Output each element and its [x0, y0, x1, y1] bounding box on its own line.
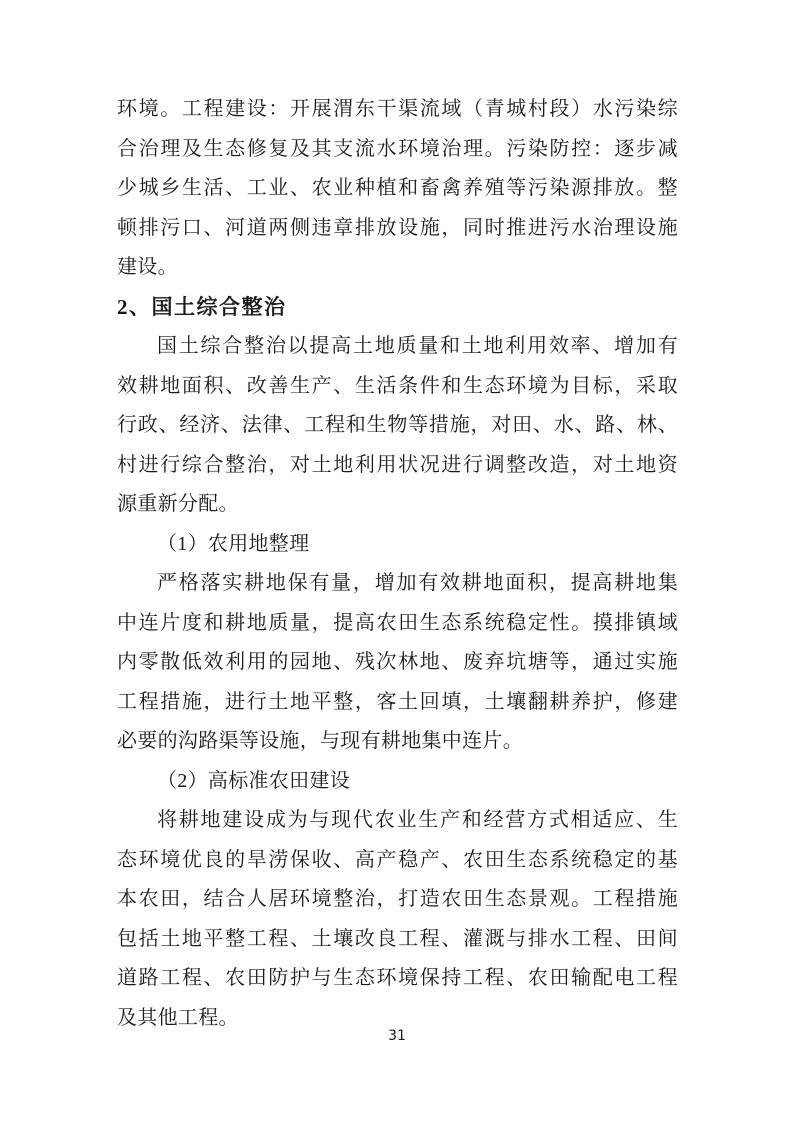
para-high-standard-farmland-line: 本农田，结合人居环境整治，打造农田生态景观。工程措施: [117, 880, 678, 920]
subheading-high-standard-farmland: （2）高标准农田建设: [117, 762, 678, 802]
para-land-consolidation-intro-line: 村进行综合整治，对土地利用状况进行调整改造，对土地资: [117, 446, 678, 486]
document-page: 环境。工程建设：开展渭东干渠流域（青城村段）水污染综合治理及生态修复及其支流水环…: [0, 0, 794, 1122]
subheading-agricultural-land-arrangement-line: （1）农用地整理: [117, 525, 678, 565]
para-agricultural-land-arrangement-line: 必要的沟路渠等设施，与现有耕地集中连片。: [117, 722, 678, 762]
para-water-pollution-control-line: 顿排污口、河道两侧违章排放设施，同时推进污水治理设施: [117, 209, 678, 249]
para-land-consolidation-intro-line: 国土综合整治以提高土地质量和土地利用效率、增加有: [117, 327, 678, 367]
para-land-consolidation-intro-line: 行政、经济、法律、工程和生物等措施，对田、水、路、林、: [117, 406, 678, 446]
para-agricultural-land-arrangement: 严格落实耕地保有量，增加有效耕地面积，提高耕地集中连片度和耕地质量，提高农田生态…: [117, 564, 678, 762]
subheading-high-standard-farmland-line: （2）高标准农田建设: [117, 762, 678, 802]
para-high-standard-farmland-line: 将耕地建设成为与现代农业生产和经营方式相适应、生: [117, 801, 678, 841]
para-water-pollution-control-line: 环境。工程建设：开展渭东干渠流域（青城村段）水污染综: [117, 90, 678, 130]
para-agricultural-land-arrangement-line: 严格落实耕地保有量，增加有效耕地面积，提高耕地集: [117, 564, 678, 604]
para-land-consolidation-intro-line: 源重新分配。: [117, 485, 678, 525]
para-water-pollution-control-line: 少城乡生活、工业、农业种植和畜禽养殖等污染源排放。整: [117, 169, 678, 209]
para-water-pollution-control: 环境。工程建设：开展渭东干渠流域（青城村段）水污染综合治理及生态修复及其支流水环…: [117, 90, 678, 288]
subheading-agricultural-land-arrangement: （1）农用地整理: [117, 525, 678, 565]
para-water-pollution-control-line: 合治理及生态修复及其支流水环境治理。污染防控：逐步减: [117, 130, 678, 170]
heading-land-comprehensive-consolidation-line: 2、国土综合整治: [117, 288, 678, 328]
para-high-standard-farmland: 将耕地建设成为与现代农业生产和经营方式相适应、生态环境优良的旱涝保收、高产稳产、…: [117, 801, 678, 1038]
heading-land-comprehensive-consolidation: 2、国土综合整治: [117, 288, 678, 328]
para-land-consolidation-intro-line: 效耕地面积、改善生产、生活条件和生态环境为目标，采取: [117, 367, 678, 407]
document-content: 环境。工程建设：开展渭东干渠流域（青城村段）水污染综合治理及生态修复及其支流水环…: [117, 90, 678, 1038]
para-high-standard-farmland-line: 包括土地平整工程、土壤改良工程、灌溉与排水工程、田间: [117, 920, 678, 960]
para-agricultural-land-arrangement-line: 中连片度和耕地质量，提高农田生态系统稳定性。摸排镇域: [117, 604, 678, 644]
para-agricultural-land-arrangement-line: 内零散低效利用的园地、残次林地、废弃坑塘等，通过实施: [117, 643, 678, 683]
para-agricultural-land-arrangement-line: 工程措施，进行土地平整，客土回填，土壤翻耕养护，修建: [117, 683, 678, 723]
para-high-standard-farmland-line: 态环境优良的旱涝保收、高产稳产、农田生态系统稳定的基: [117, 841, 678, 881]
para-land-consolidation-intro: 国土综合整治以提高土地质量和土地利用效率、增加有效耕地面积、改善生产、生活条件和…: [117, 327, 678, 525]
page-number: 31: [0, 1028, 794, 1044]
para-water-pollution-control-line: 建设。: [117, 248, 678, 288]
para-high-standard-farmland-line: 道路工程、农田防护与生态环境保持工程、农田输配电工程: [117, 959, 678, 999]
